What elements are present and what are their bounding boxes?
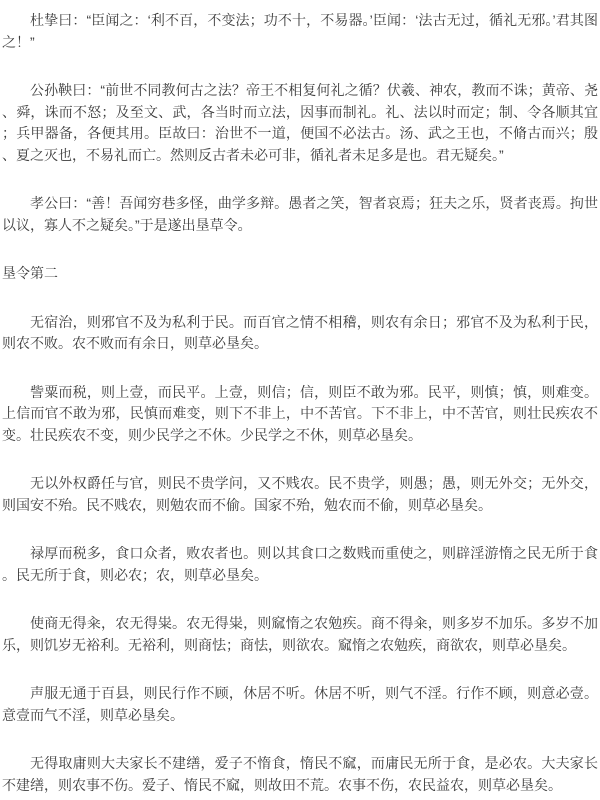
paragraph: 公孙鞅曰：“前世不同教何古之法？帝王不相复何礼之循？伏羲、神农，教而不诛；黄帝、…	[2, 80, 598, 166]
paragraph: 声服无通于百县，则民行作不顾，休居不听。休居不听，则气不淫。行作不顾，则意必壹。…	[2, 683, 598, 726]
document-page: 杜挚曰：“臣闻之：‘利不百，不变法；功不十，不易器。’臣闻：‘法古无过，循礼无邪…	[0, 0, 600, 800]
paragraph: 禄厚而税多，食口众者，败农者也。则以其食口之数贱而重使之，则辟淫游惰之民无所于食…	[2, 543, 598, 586]
paragraph: 孝公曰：“善！吾闻穷巷多怪，曲学多辩。愚者之笑，智者哀焉；狂夫之乐，贤者丧焉。拘…	[2, 193, 598, 236]
paragraph: 訾粟而税，则上壹，而民平。上壹，则信；信，则臣不敢为邪。民平，则慎；慎，则难变。…	[2, 382, 598, 447]
paragraph: 无得取庸则大夫家长不建缮，爱子不惰食，惰民不窳，而庸民无所于食，是必农。大夫家长…	[2, 753, 598, 796]
paragraph: 杜挚曰：“臣闻之：‘利不百，不变法；功不十，不易器。’臣闻：‘法古无过，循礼无邪…	[2, 10, 598, 53]
section-heading: 垦令第二	[2, 263, 598, 285]
paragraph: 无宿治，则邪官不及为私利于民。而百官之情不相稽，则农有余日；邪官不及为私利于民，…	[2, 312, 598, 355]
paragraph: 无以外权爵任与官，则民不贵学问，又不贱农。民不贵学，则愚；愚，则无外交；无外交，…	[2, 473, 598, 516]
paragraph: 使商无得籴，农无得粜。农无得粜，则窳惰之农勉疾。商不得籴，则多岁不加乐。多岁不加…	[2, 613, 598, 656]
